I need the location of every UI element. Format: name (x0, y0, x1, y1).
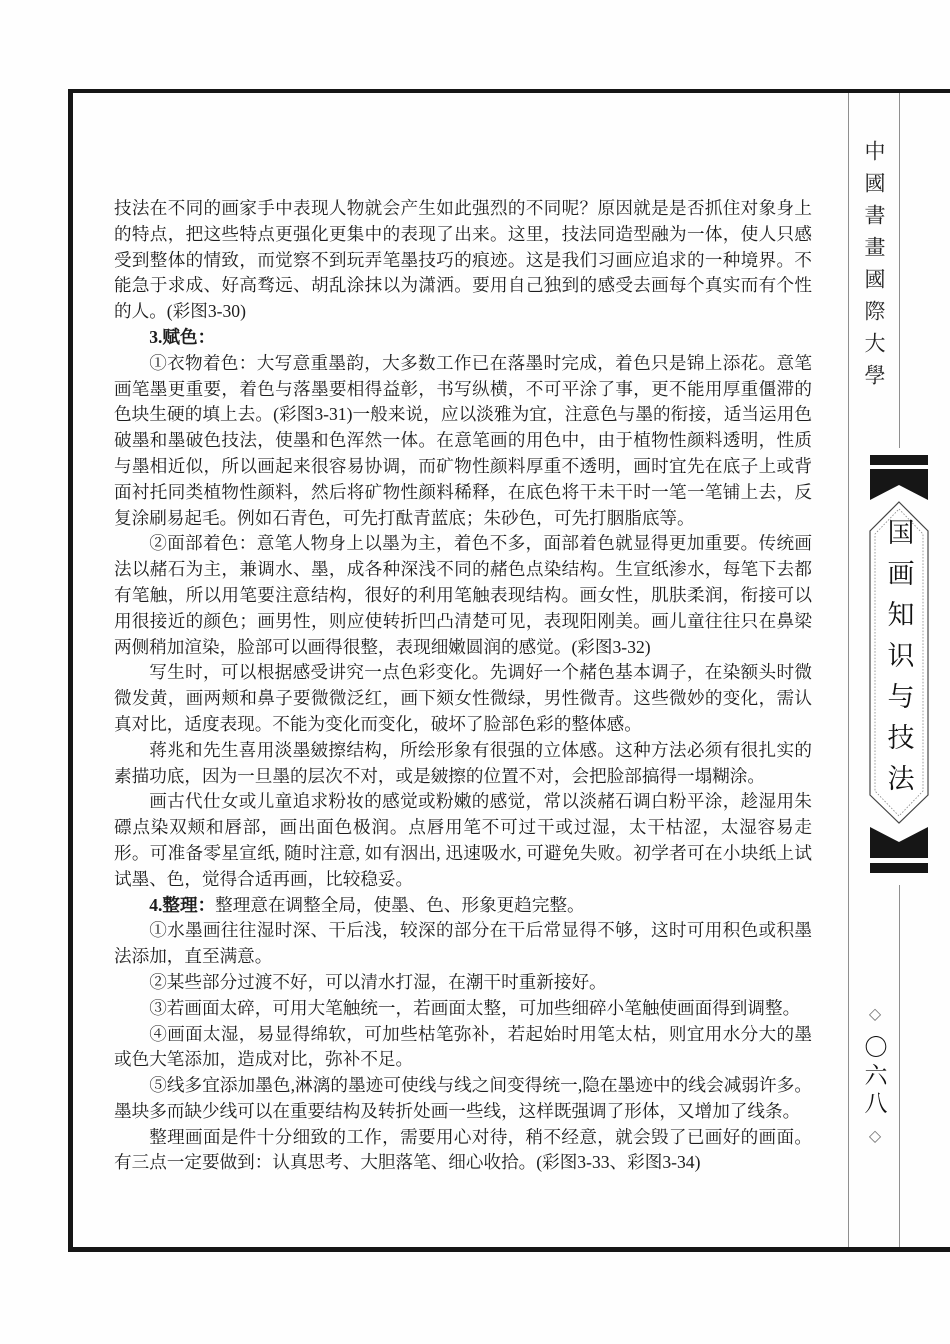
paragraph: ①衣物着色：大写意重墨韵，大多数工作已在落墨时完成，着色只是锦上添花。意笔画笔墨… (114, 351, 812, 532)
book-page: 技法在不同的画家手中表现人物就会产生如此强烈的不同呢？原因就是是否抓住对象身上的… (0, 0, 950, 1344)
paragraph: ②某些部分过渡不好，可以清水打湿，在潮干时重新接好。 (114, 970, 812, 996)
banner-bottom-bar (870, 863, 928, 873)
paragraph: 蒋兆和先生喜用淡墨皴擦结构，所绘形象有很强的立体感。这种方法必须有很扎实的素描功… (114, 738, 812, 790)
page-number-label: 〇六八 (862, 1035, 887, 1119)
banner-top-ribbon (870, 469, 928, 500)
diamond-ornament-top-icon: ◇ (865, 1004, 884, 1028)
paragraph: ②面部着色：意笔人物身上以墨为主，着色不多，面部着色就显得更加重要。传统画法以赭… (114, 531, 812, 660)
university-vertical-label: 中國書畫國際大學 (859, 140, 889, 396)
frame-top-border (68, 89, 950, 93)
paragraph: ③若画面太碎，可用大笔触统一，若画面太整，可加些细碎小笔触使画面得到调整。 (114, 996, 812, 1022)
sidebar-university: 中國書畫國際大學 (848, 140, 900, 396)
page-number-block: ◇〇六八◇ (858, 1002, 891, 1150)
paragraph: 写生时，可以根据感受讲究一点色彩变化。先调好一个赭色基本调子，在染额头时微微发黄… (114, 660, 812, 737)
frame-bottom-border (68, 1247, 950, 1252)
paragraph-lead: 4.整理： (149, 895, 215, 915)
paragraph: 4.整理：整理意在调整全局，使墨、色、形象更趋完整。 (114, 893, 812, 919)
paragraph: 技法在不同的画家手中表现人物就会产生如此强烈的不同呢？原因就是是否抓住对象身上的… (114, 196, 812, 325)
paragraph: ①水墨画往往湿时深、干后浅，较深的部分在干后常显得不够，这时可用积色或积墨法添加… (114, 918, 812, 970)
paragraph: 3.赋色： (114, 325, 812, 351)
series-title-label: 国画知识与技法 (880, 518, 919, 805)
paragraph: 画古代仕女或儿童追求粉妆的感觉或粉嫩的感觉，常以淡赭石调白粉平涂，趁湿用朱磦点染… (114, 789, 812, 892)
paragraph: 整理画面是件十分细致的工作，需要用心对待，稍不经意，就会毁了已画好的画面。有三点… (114, 1125, 812, 1177)
paragraph: ④画面太湿，易显得绵软，可加些枯笔弥补，若起始时用笔太枯，则宜用水分大的墨或色大… (114, 1022, 812, 1074)
sidebar-page-number: ◇〇六八◇ (848, 1002, 900, 1150)
paragraph: ⑤线多宜添加墨色,淋漓的墨迹可使线与线之间变得统一,隐在墨迹中的线会减弱许多。墨… (114, 1073, 812, 1125)
sidebar-series-title: 国画知识与技法 (869, 518, 929, 805)
diamond-ornament-bottom-icon: ◇ (865, 1126, 884, 1150)
banner-bottom-ribbon (870, 827, 928, 858)
body-text: 技法在不同的画家手中表现人物就会产生如此强烈的不同呢？原因就是是否抓住对象身上的… (114, 196, 812, 1176)
frame-left-border (68, 89, 73, 1252)
banner-top-bar (870, 455, 928, 465)
paragraph-lead: 3.赋色： (149, 327, 215, 347)
